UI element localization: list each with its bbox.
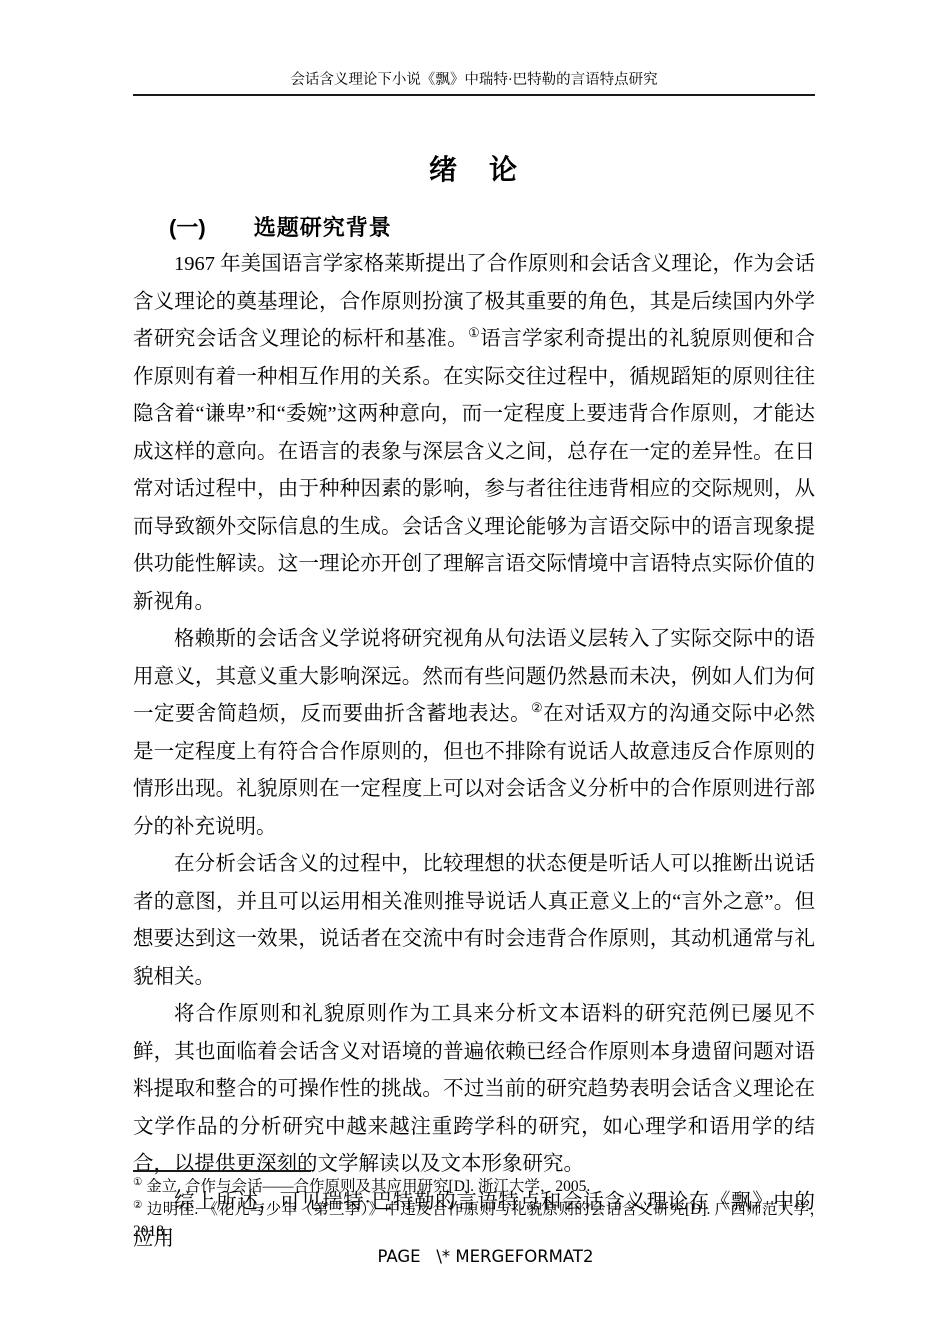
section-number: (一) — [169, 211, 206, 242]
footnote-text: 金立. 合作与会话——合作原则及其应用研究[D]. 浙江大学，2005. — [142, 1178, 590, 1195]
section-title: 选题研究背景 — [254, 211, 392, 242]
running-head-title: 会话含义理论下小说《飘》中瑞特·巴特勒的言语特点研究 — [290, 72, 657, 88]
footnote-marker: ① — [133, 1177, 142, 1188]
chapter-title: 绪 论 — [133, 148, 815, 188]
footnote: ① 金立. 合作与会话——合作原则及其应用研究[D]. 浙江大学，2005. — [133, 1176, 825, 1199]
footnote-separator — [133, 1170, 311, 1172]
paragraph-text: 在分析会话含义的过程中，比较理想的状态便是听话人可以推断出说话者的意图，并且可以… — [133, 853, 815, 988]
footnote-reference: ① — [468, 325, 480, 340]
paragraph: 1967 年美国语言学家格莱斯提出了合作原则和会话含义理论，作为会话含义理论的奠… — [133, 246, 815, 621]
paragraph: 格赖斯的会话含义学说将研究视角从句法语义层转入了实际交际中的语用意义，其意义重大… — [133, 621, 815, 846]
footnote-reference: ② — [531, 700, 543, 715]
paragraph-text: 语言学家利奇提出的礼貌原则便和合作原则有着一种相互作用的关系。在实际交往过程中，… — [133, 328, 815, 613]
paragraph-text: 将合作原则和礼貌原则作为工具来分析文本语料的研究范例已屡见不鲜，其也面临着会话含… — [133, 1003, 815, 1175]
paragraph: 将合作原则和礼貌原则作为工具来分析文本语料的研究范例已屡见不鲜，其也面临着会话含… — [133, 996, 815, 1184]
paragraph: 在分析会话含义的过程中，比较理想的状态便是听话人可以推断出说话者的意图，并且可以… — [133, 846, 815, 996]
section-heading: (一) 选题研究背景 — [133, 211, 815, 242]
footnote-marker: ② — [133, 1199, 143, 1210]
page-header: 会话含义理论下小说《飘》中瑞特·巴特勒的言语特点研究 — [133, 70, 815, 96]
document-page: 会话含义理论下小说《飘》中瑞特·巴特勒的言语特点研究 绪 论 (一) 选题研究背… — [0, 0, 950, 1344]
page-number-field: PAGE \* MERGEFORMAT2 — [377, 1247, 593, 1266]
body-paragraphs: 1967 年美国语言学家格莱斯提出了合作原则和会话含义理论，作为会话含义理论的奠… — [133, 246, 815, 1259]
page-footer: PAGE \* MERGEFORMAT2 — [0, 1228, 950, 1285]
